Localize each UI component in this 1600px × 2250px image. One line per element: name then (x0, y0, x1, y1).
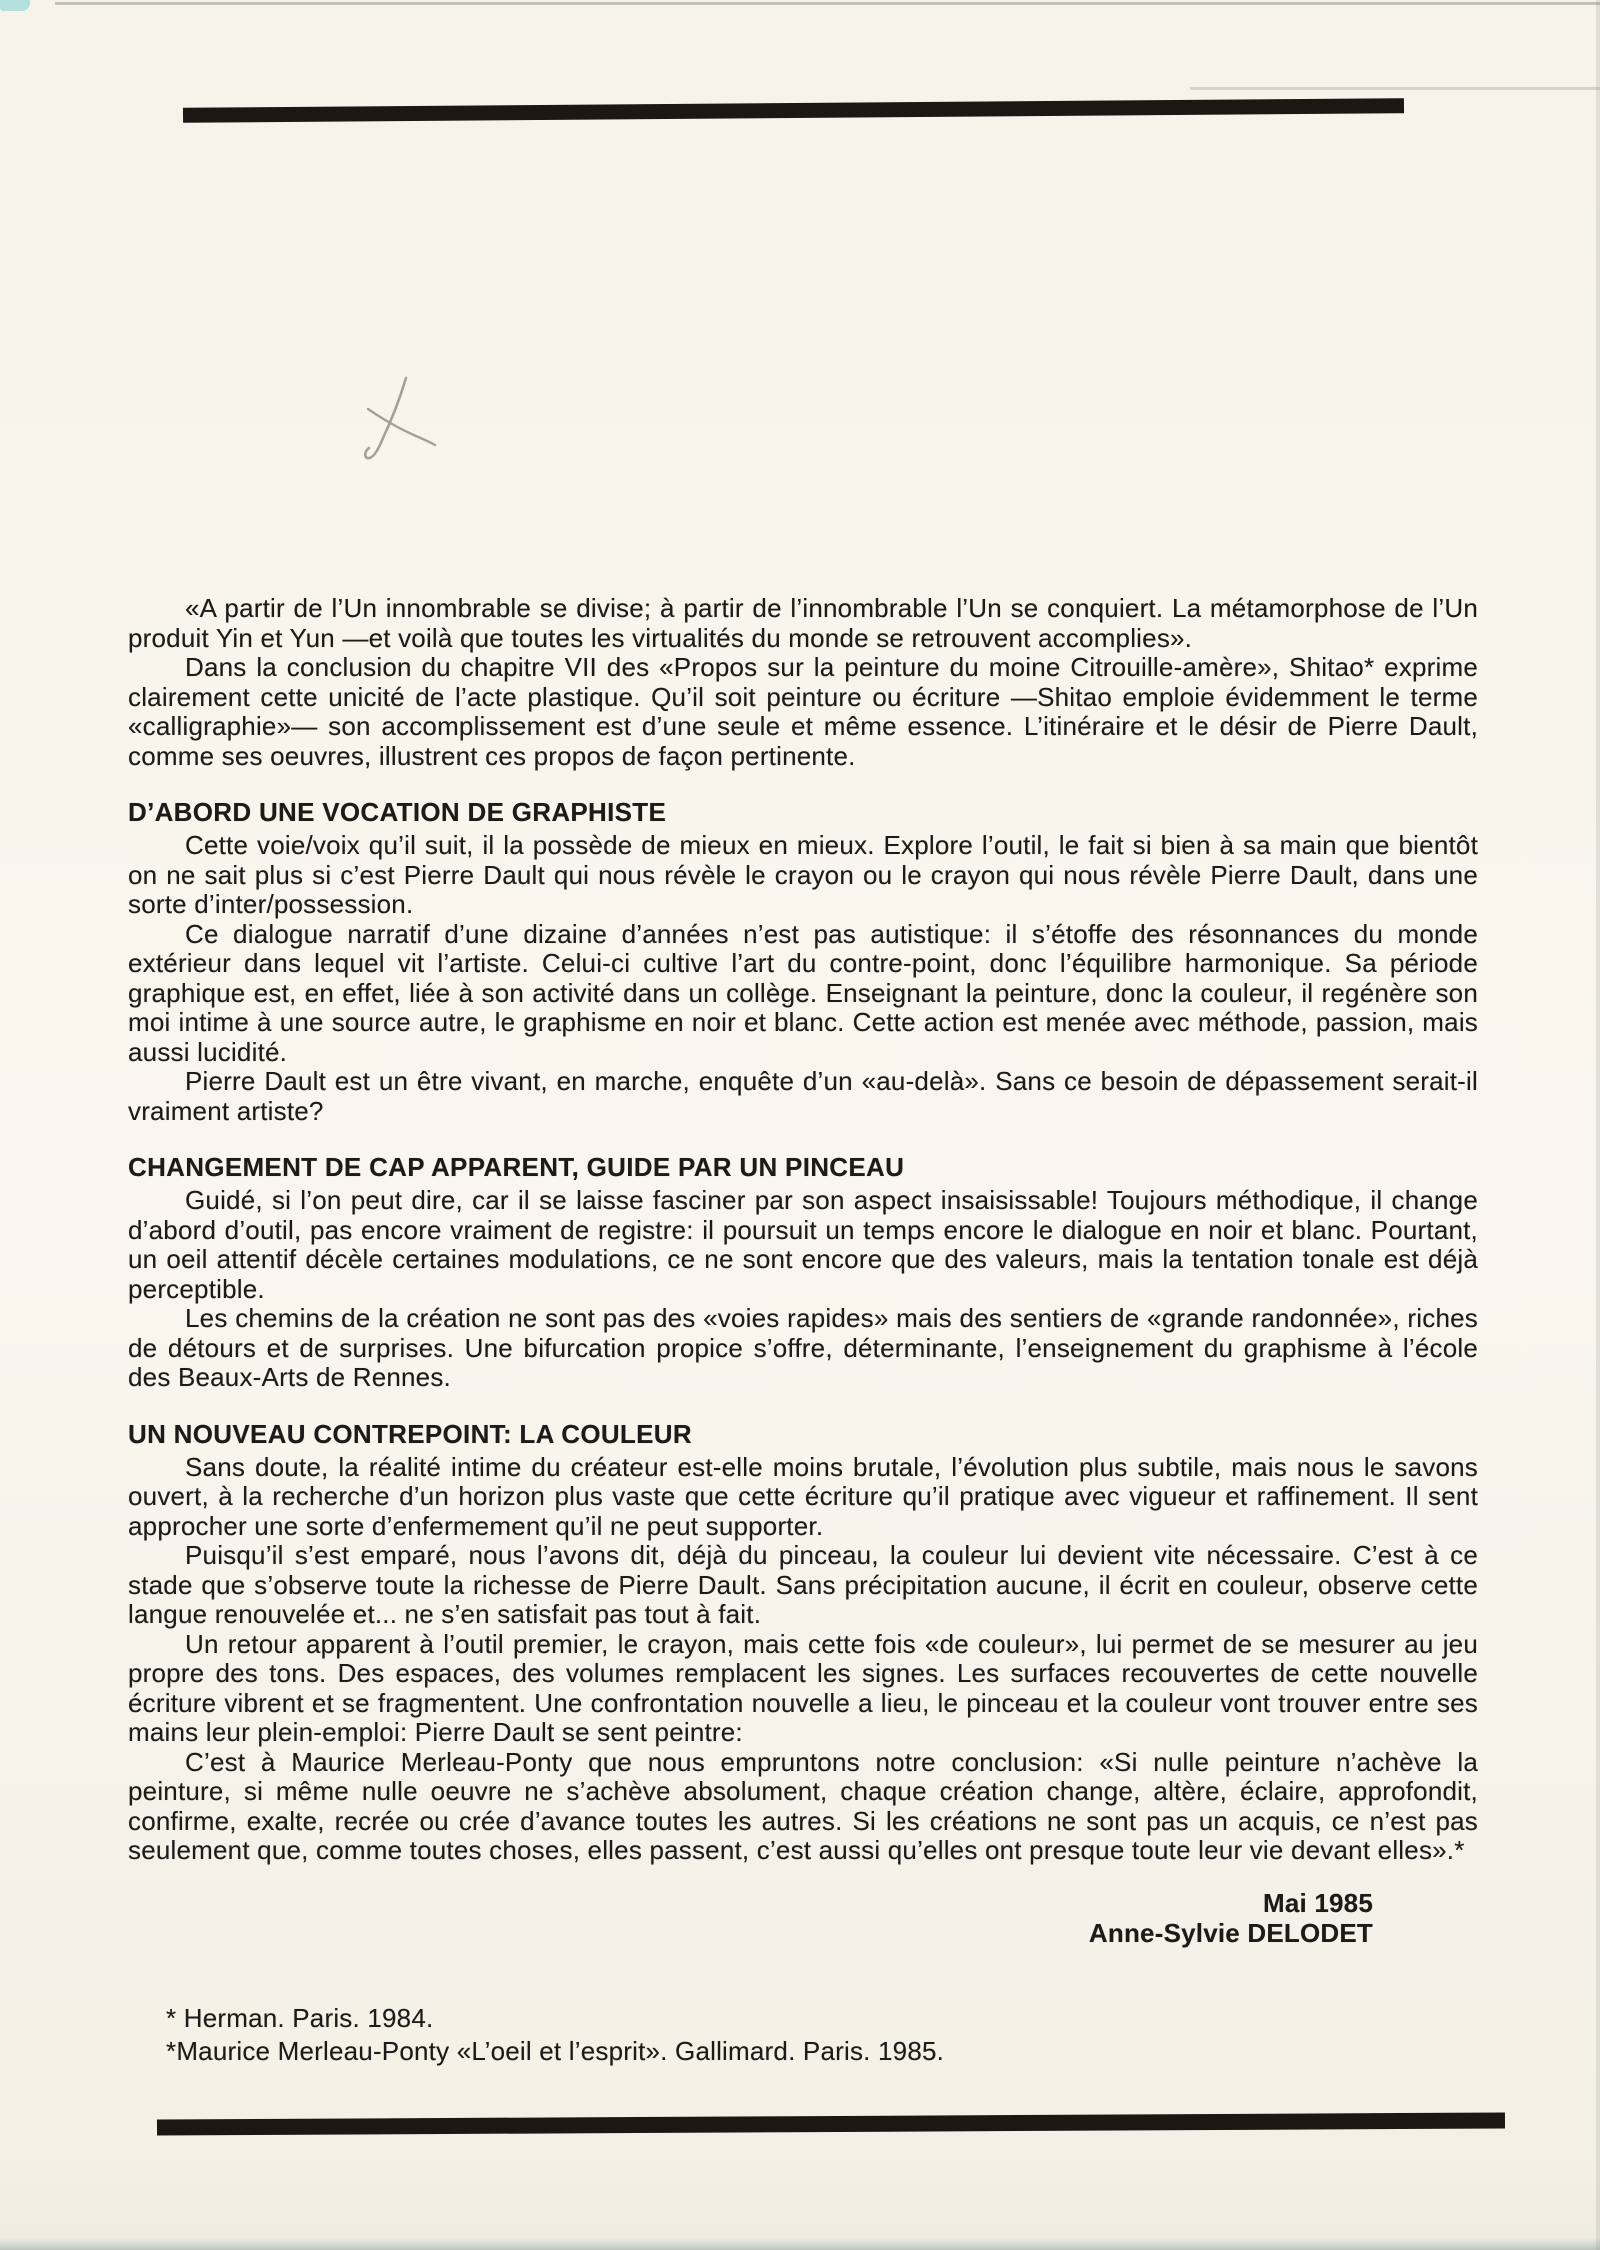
byline: Mai 1985 Anne-Sylvie DELODET (128, 1888, 1478, 1948)
footnote-merleau-ponty: *Maurice Merleau-Ponty «L’oeil et l’espr… (166, 2037, 1478, 2067)
section-heading-graphiste: D’ABORD UNE VOCATION DE GRAPHISTE (128, 797, 1478, 827)
paragraph: Les chemins de la création ne sont pas d… (128, 1304, 1478, 1393)
paragraph: Un retour apparent à l’outil premier, le… (128, 1630, 1478, 1748)
bottom-rule (157, 2112, 1505, 2135)
scan-right-edge (1596, 0, 1600, 2250)
footnotes: * Herman. Paris. 1984. *Maurice Merleau-… (166, 2004, 1478, 2067)
top-rule (183, 98, 1404, 123)
scan-top-edge-line (55, 2, 1600, 5)
scan-bottom-edge (0, 2238, 1600, 2250)
footnote-herman: * Herman. Paris. 1984. (166, 2004, 1478, 2034)
corner-smudge (0, 0, 30, 11)
document-date: Mai 1985 (128, 1888, 1373, 1918)
paragraph: Sans doute, la réalité intime du créateu… (128, 1453, 1478, 1542)
section-heading-nouveau-contrepoint: UN NOUVEAU CONTREPOINT: LA COULEUR (128, 1419, 1478, 1449)
author-name: Anne-Sylvie DELODET (128, 1918, 1373, 1948)
paragraph: Ce dialogue narratif d’une dizaine d’ann… (128, 920, 1478, 1068)
paragraph: Puisqu’il s’est emparé, nous l’avons dit… (128, 1541, 1478, 1630)
paragraph: Pierre Dault est un être vivant, en marc… (128, 1067, 1478, 1126)
document-body: «A partir de l’Un innombrable se divise;… (128, 594, 1478, 2071)
paragraph: Guidé, si l’on peut dire, car il se lais… (128, 1186, 1478, 1304)
scanned-document-page: «A partir de l’Un innombrable se divise;… (0, 0, 1600, 2250)
paragraph: C’est à Maurice Merleau-Ponty que nous e… (128, 1748, 1478, 1866)
intro-paragraph: Dans la conclusion du chapitre VII des «… (128, 653, 1478, 771)
quote-paragraph: «A partir de l’Un innombrable se divise;… (128, 594, 1478, 653)
handwritten-x-mark (352, 372, 447, 472)
scan-top-edge-line-right (1190, 87, 1600, 90)
paragraph: Cette voie/voix qu’il suit, il la possèd… (128, 831, 1478, 920)
section-heading-changement-de-cap: CHANGEMENT DE CAP APPARENT, GUIDE PAR UN… (128, 1152, 1478, 1182)
